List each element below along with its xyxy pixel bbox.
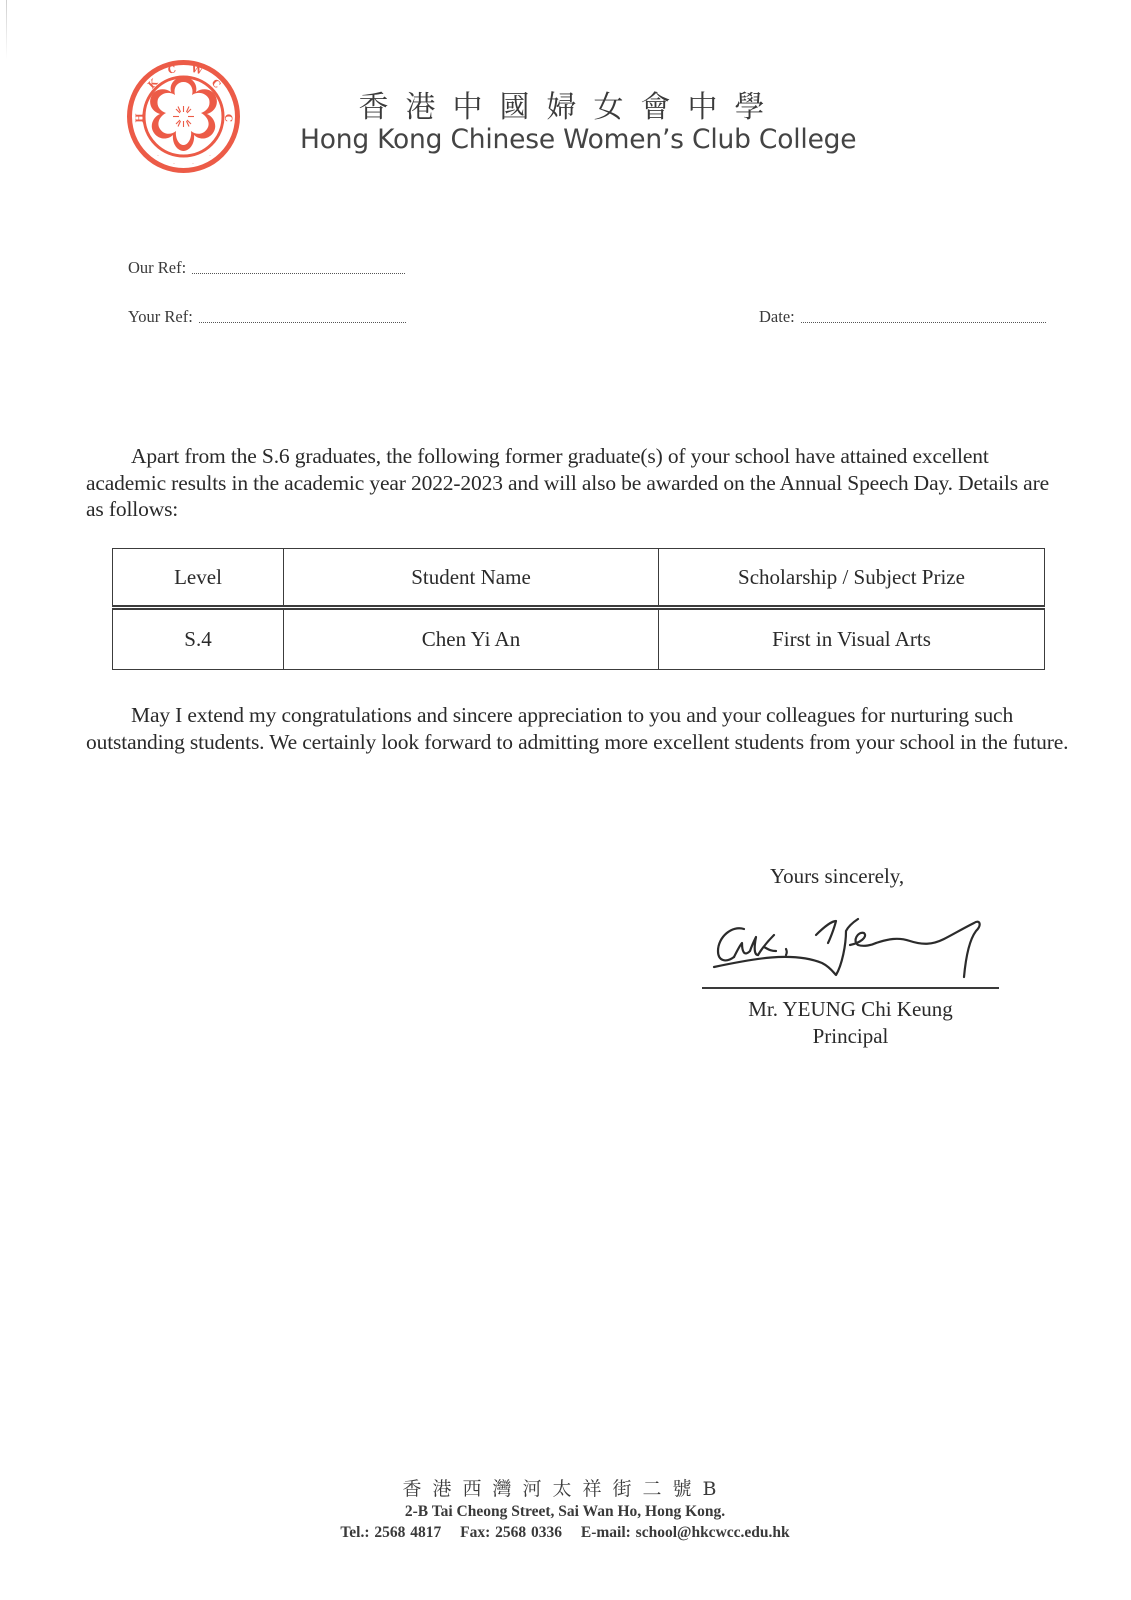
table-header-row: Level Student Name Scholarship / Subject… — [113, 549, 1045, 608]
footer-contact: Tel.: 2568 4817 Fax: 2568 0336 E-mail: s… — [300, 1524, 830, 1542]
footer-tel: Tel.: 2568 4817 — [340, 1524, 441, 1541]
footer-email: E-mail: school@hkcwcc.edu.hk — [581, 1524, 790, 1541]
our-ref-label: Our Ref: — [128, 258, 186, 278]
your-ref-field: Your Ref: — [128, 307, 406, 327]
your-ref-value — [199, 310, 406, 323]
svg-text:C: C — [222, 114, 233, 122]
date-label: Date: — [759, 307, 795, 327]
column-header-prize: Scholarship / Subject Prize — [659, 549, 1045, 608]
plum-blossom-emblem-icon: H K C W C C ···· — [126, 59, 241, 174]
cell-student-name: Chen Yi An — [284, 608, 659, 670]
column-header-level: Level — [113, 549, 284, 608]
date-value — [801, 310, 1046, 323]
signer-name: Mr. YEUNG Chi Keung — [702, 997, 999, 1022]
your-ref-label: Your Ref: — [128, 307, 193, 327]
school-logo: H K C W C C ···· — [126, 59, 241, 174]
svg-text:·: · — [192, 161, 194, 167]
date-field: Date: — [759, 307, 1046, 327]
footer-fax: Fax: 2568 0336 — [460, 1524, 562, 1541]
svg-text:·: · — [157, 153, 159, 159]
svg-text:W: W — [189, 63, 204, 77]
svg-text:K: K — [146, 77, 160, 91]
closing-salutation: Yours sincerely, — [770, 864, 904, 889]
column-header-student-name: Student Name — [284, 549, 659, 608]
signer-title: Principal — [702, 1024, 999, 1049]
school-name-chinese: 香港中國婦女會中學 — [300, 82, 840, 126]
scan-edge-mark — [6, 0, 7, 60]
svg-text:·: · — [173, 161, 175, 167]
awards-table: Level Student Name Scholarship / Subject… — [112, 548, 1044, 670]
school-name-english: Hong Kong Chinese Women’s Club College — [300, 124, 845, 155]
handwritten-signature-icon — [712, 915, 1002, 985]
congratulations-paragraph: May I extend my congratulations and sinc… — [86, 702, 1071, 755]
footer-address-chinese: 香港西灣河太祥街二號B — [300, 1474, 830, 1501]
svg-text:H: H — [135, 113, 146, 122]
our-ref-field: Our Ref: — [128, 258, 405, 278]
signature-line — [702, 987, 999, 989]
svg-text:·: · — [209, 153, 211, 159]
cell-level: S.4 — [113, 608, 284, 670]
cell-prize: First in Visual Arts — [659, 608, 1045, 670]
table-row: S.4 Chen Yi An First in Visual Arts — [113, 608, 1045, 670]
svg-text:C: C — [167, 64, 178, 77]
signature — [712, 915, 1002, 985]
intro-paragraph: Apart from the S.6 graduates, the follow… — [86, 443, 1071, 523]
footer-address-english: 2-B Tai Cheong Street, Sai Wan Ho, Hong … — [300, 1503, 830, 1521]
our-ref-value — [192, 261, 405, 274]
